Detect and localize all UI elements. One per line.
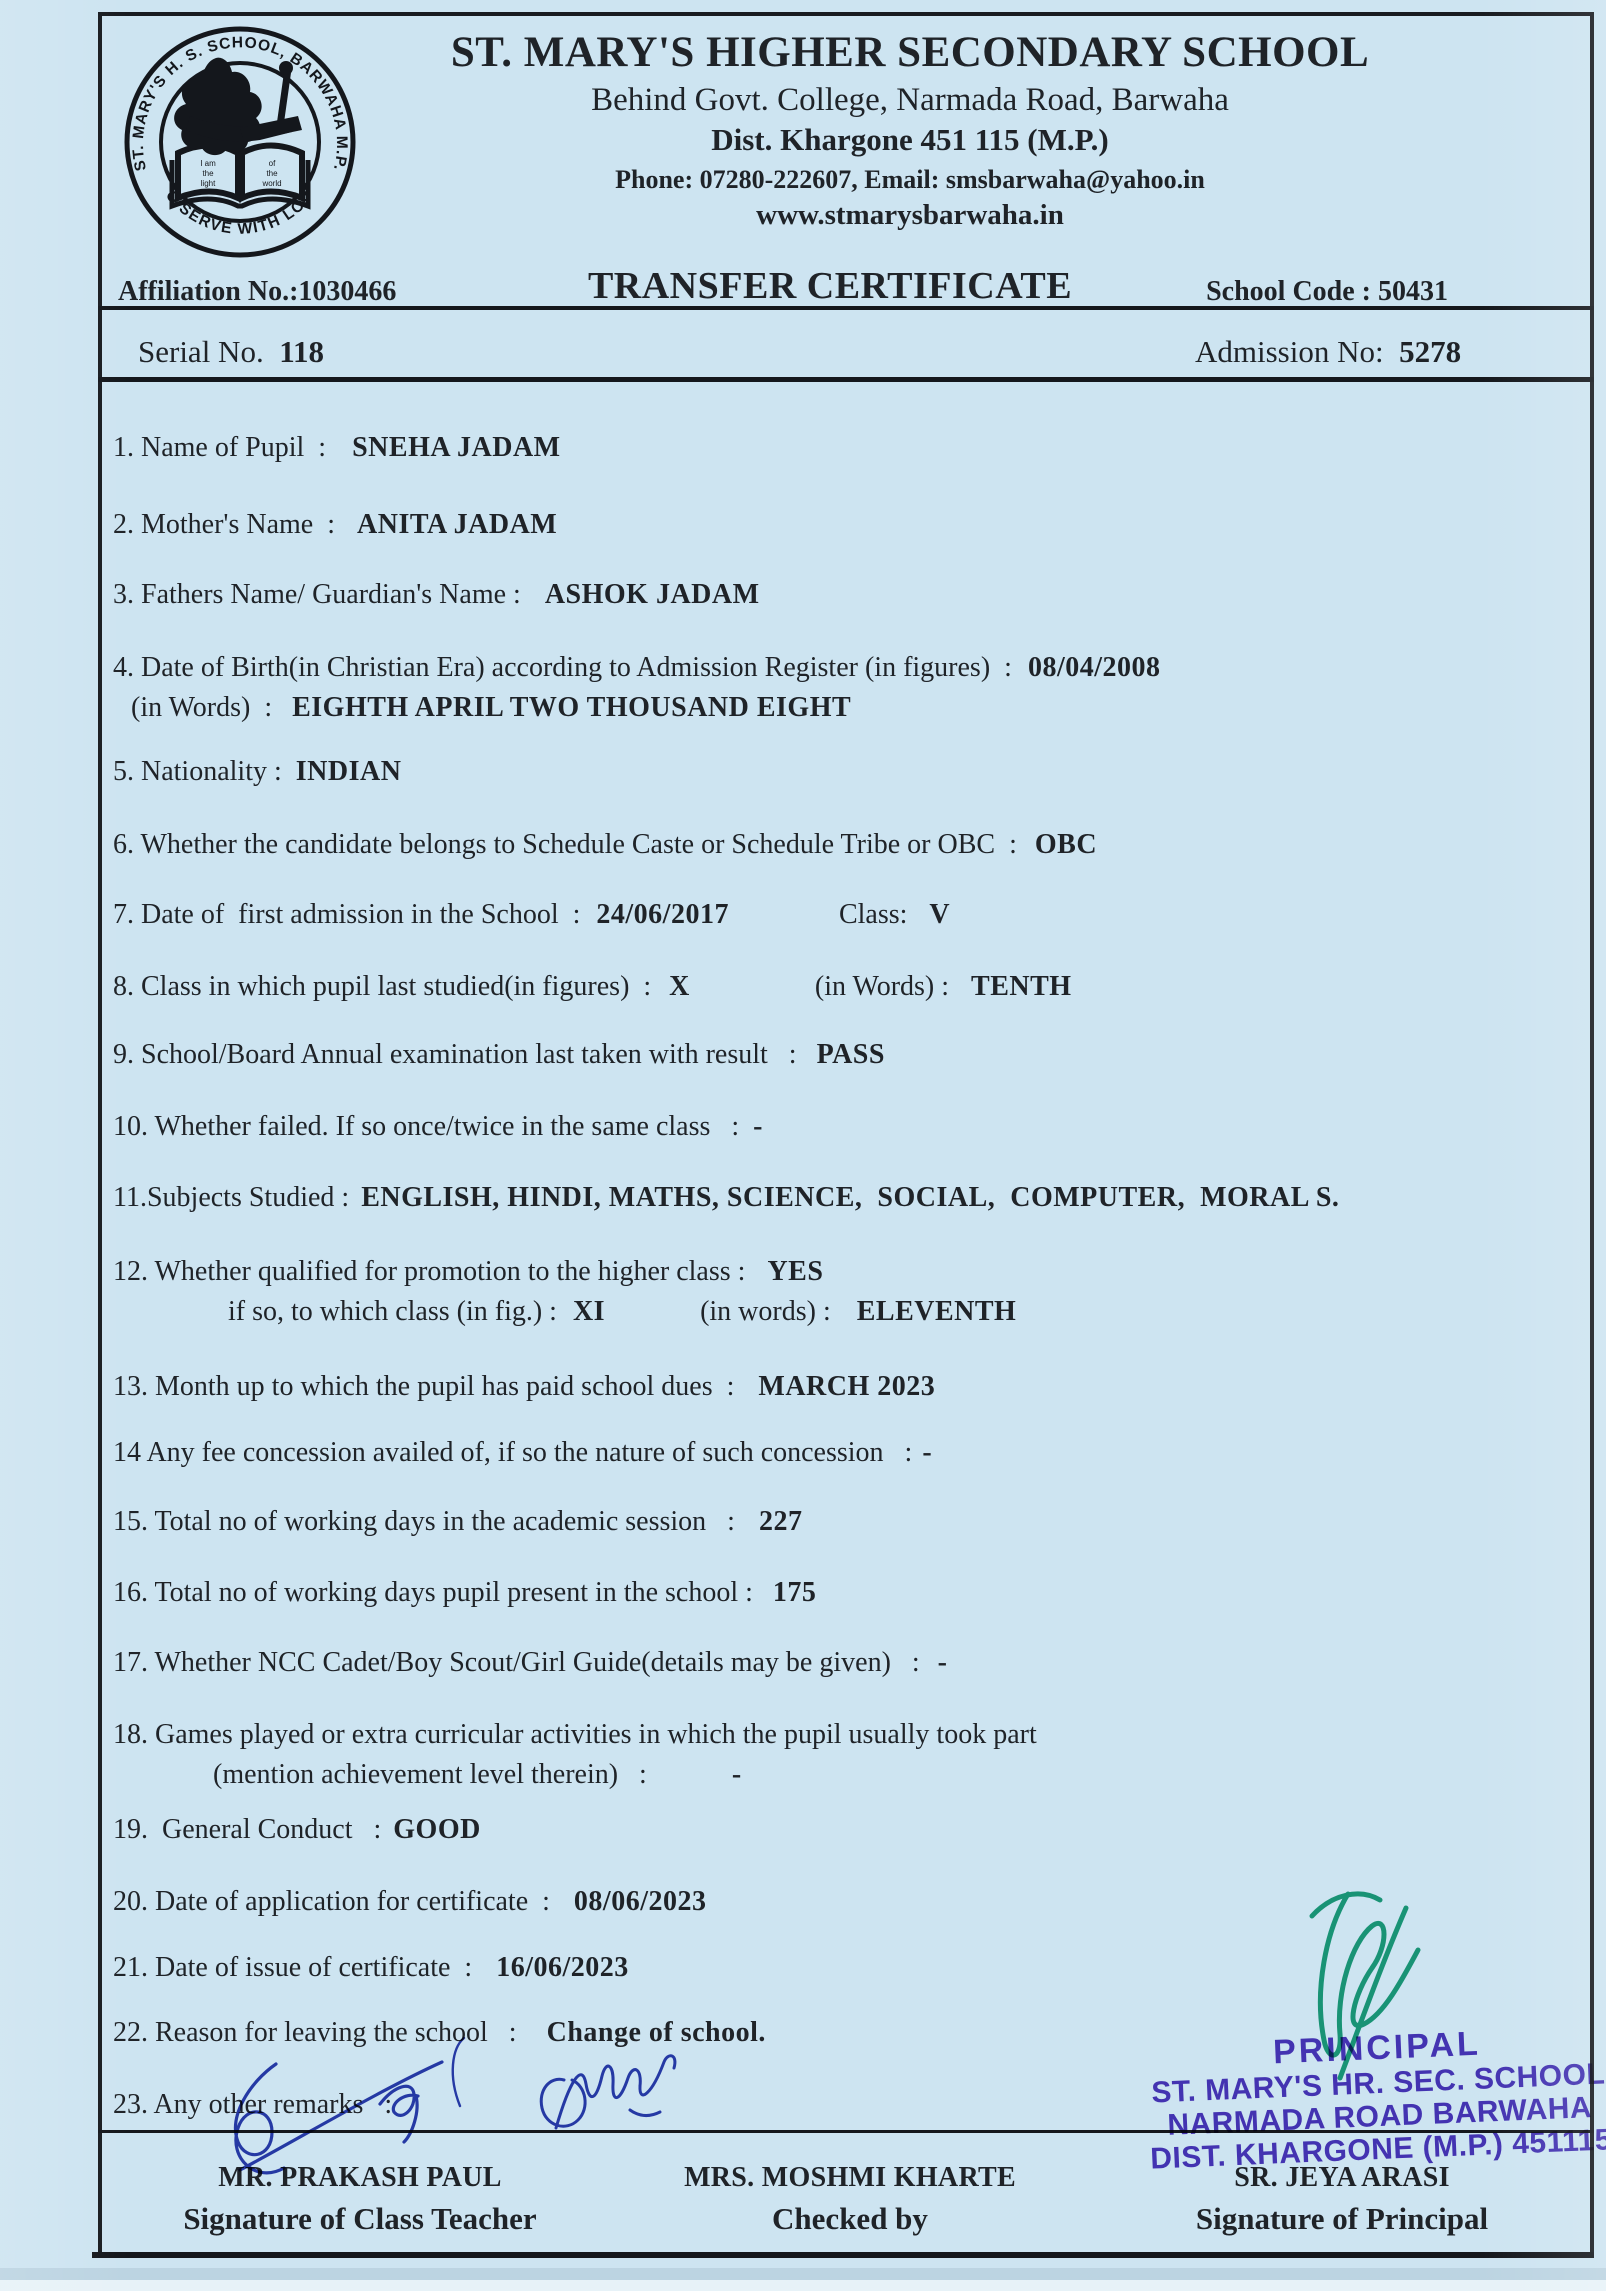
certificate-item-15: 15. Total no of working days in the acad… <box>113 1502 1582 1542</box>
item-line: 5. Nationality :INDIAN <box>113 752 1582 792</box>
item-label: 23. Any other remarks : <box>113 2089 392 2120</box>
certificate-item-19: 19. General Conduct :GOOD <box>113 1810 1582 1850</box>
item-line: (mention achievement level therein) :- <box>113 1755 1582 1795</box>
school-code: School Code : 50431 <box>1206 276 1448 308</box>
certificate-item-21: 21. Date of issue of certificate :16/06/… <box>113 1948 1582 1988</box>
certificate-item-18: 18. Games played or extra curricular act… <box>113 1715 1582 1795</box>
item-value: 24/06/2017 <box>596 899 729 930</box>
svg-text:light: light <box>201 179 216 188</box>
certificate-item-8: 8. Class in which pupil last studied(in … <box>113 967 1582 1007</box>
admission-label: Admission No: <box>1195 334 1384 369</box>
item-line: 1. Name of Pupil :SNEHA JADAM <box>113 428 1582 468</box>
item-label: (mention achievement level therein) : <box>213 1759 647 1790</box>
item-line: 22. Reason for leaving the school :Chang… <box>113 2013 1582 2053</box>
item-value: EIGHTH APRIL TWO THOUSAND EIGHT <box>292 692 851 723</box>
item-label: 22. Reason for leaving the school : <box>113 2017 517 2048</box>
item-label: (in Words) : <box>131 692 272 723</box>
admission-value: 5278 <box>1399 334 1461 369</box>
svg-text:I am: I am <box>200 159 216 168</box>
item-value: MARCH 2023 <box>758 1371 935 1402</box>
item-line: 21. Date of issue of certificate :16/06/… <box>113 1948 1582 1988</box>
transfer-certificate-scan: ST. MARY'S H. S. SCHOOL, BARWAHA M.P. TO… <box>0 0 1606 2291</box>
certificate-item-11: 11.Subjects Studied :ENGLISH, HINDI, MAT… <box>113 1178 1582 1218</box>
certificate-item-3: 3. Fathers Name/ Guardian's Name :ASHOK … <box>113 575 1582 615</box>
item-label: 19. General Conduct : <box>113 1814 381 1845</box>
item-label: (in Words) : <box>815 971 949 1002</box>
certificate-item-13: 13. Month up to which the pupil has paid… <box>113 1367 1582 1407</box>
item-line: 2. Mother's Name :ANITA JADAM <box>113 505 1582 545</box>
item-label: 16. Total no of working days pupil prese… <box>113 1577 753 1608</box>
item-label: 9. School/Board Annual examination last … <box>113 1039 797 1070</box>
school-name: ST. MARY'S HIGHER SECONDARY SCHOOL <box>330 28 1490 77</box>
item-value: - <box>753 1111 763 1142</box>
item-line: 13. Month up to which the pupil has paid… <box>113 1367 1582 1407</box>
school-address-line1: Behind Govt. College, Narmada Road, Barw… <box>330 82 1490 119</box>
item-value: OBC <box>1035 829 1097 860</box>
item-value: PASS <box>817 1039 885 1070</box>
svg-text:the: the <box>266 169 278 178</box>
letterhead: ST. MARY'S HIGHER SECONDARY SCHOOL Behin… <box>330 28 1490 232</box>
item-label: 15. Total no of working days in the acad… <box>113 1506 735 1537</box>
item-label: 3. Fathers Name/ Guardian's Name : <box>113 579 521 610</box>
item-value: INDIAN <box>296 756 402 787</box>
item-label: 4. Date of Birth(in Christian Era) accor… <box>113 652 1012 683</box>
item-value: GOOD <box>393 1814 481 1845</box>
item-value: ANITA JADAM <box>357 509 557 540</box>
certificate-item-20: 20. Date of application for certificate … <box>113 1882 1582 1922</box>
open-book-icon: I am the light of the world <box>172 146 308 207</box>
admission-number: Admission No: 5278 <box>1195 334 1461 370</box>
certificate-item-16: 16. Total no of working days pupil prese… <box>113 1573 1582 1613</box>
school-address-line2: Dist. Khargone 451 115 (M.P.) <box>330 122 1490 158</box>
item-value: 16/06/2023 <box>496 1952 629 1983</box>
class-teacher-name: MR. PRAKASH PAUL <box>120 2162 600 2194</box>
certificate-item-2: 2. Mother's Name :ANITA JADAM <box>113 505 1582 545</box>
item-value: ELEVENTH <box>857 1296 1017 1327</box>
serial-label: Serial No. <box>138 334 264 369</box>
item-value: SNEHA JADAM <box>352 432 561 463</box>
item-line: 14 Any fee concession availed of, if so … <box>113 1433 1582 1473</box>
certificate-item-7: 7. Date of first admission in the School… <box>113 895 1582 935</box>
item-line: 16. Total no of working days pupil prese… <box>113 1573 1582 1613</box>
principal-name: SR. JEYA ARASI <box>1112 2162 1572 2194</box>
item-label: (in words) : <box>700 1296 831 1327</box>
item-line: 19. General Conduct :GOOD <box>113 1810 1582 1850</box>
certificate-item-23: 23. Any other remarks : <box>113 2085 1582 2125</box>
item-label: 1. Name of Pupil : <box>113 432 326 463</box>
item-line: 12. Whether qualified for promotion to t… <box>113 1252 1582 1292</box>
item-value: TENTH <box>971 971 1072 1002</box>
seal-emblem-figure <box>174 58 302 155</box>
item-value: 227 <box>759 1506 803 1537</box>
principal-label: Signature of Principal <box>1112 2201 1572 2237</box>
item-line: 20. Date of application for certificate … <box>113 1882 1582 1922</box>
certificate-item-1: 1. Name of Pupil :SNEHA JADAM <box>113 428 1582 468</box>
certificate-item-14: 14 Any fee concession availed of, if so … <box>113 1433 1582 1473</box>
item-line: 10. Whether failed. If so once/twice in … <box>113 1107 1582 1147</box>
svg-text:of: of <box>269 159 276 168</box>
item-line: if so, to which class (in fig.) :XI(in w… <box>113 1292 1582 1332</box>
item-value: 08/06/2023 <box>574 1886 707 1917</box>
item-label: 6. Whether the candidate belongs to Sche… <box>113 829 1017 860</box>
item-value: Change of school. <box>547 2017 766 2048</box>
certificate-item-9: 9. School/Board Annual examination last … <box>113 1035 1582 1075</box>
checked-by-label: Checked by <box>625 2201 1075 2237</box>
item-label: 14 Any fee concession availed of, if so … <box>113 1437 912 1468</box>
school-website: www.stmarysbarwaha.in <box>330 199 1490 232</box>
certificate-item-17: 17. Whether NCC Cadet/Boy Scout/Girl Gui… <box>113 1643 1582 1683</box>
item-label: 20. Date of application for certificate … <box>113 1886 550 1917</box>
item-label: Class: <box>839 899 907 930</box>
checked-by-block: MRS. MOSHMI KHARTE Checked by <box>625 2162 1075 2237</box>
svg-text:world: world <box>261 179 281 188</box>
item-value: X <box>669 971 690 1002</box>
item-line: 4. Date of Birth(in Christian Era) accor… <box>113 648 1582 688</box>
class-teacher-signature-block: MR. PRAKASH PAUL Signature of Class Teac… <box>120 2162 600 2237</box>
item-value: YES <box>767 1256 823 1287</box>
item-label: if so, to which class (in fig.) : <box>228 1296 557 1327</box>
item-label: 13. Month up to which the pupil has paid… <box>113 1371 734 1402</box>
serial-value: 118 <box>279 334 324 369</box>
item-value: V <box>929 899 950 930</box>
scan-edge-band <box>0 2268 1606 2280</box>
item-value: ENGLISH, HINDI, MATHS, SCIENCE, SOCIAL, … <box>361 1182 1339 1213</box>
item-value: 175 <box>773 1577 817 1608</box>
certificate-item-6: 6. Whether the candidate belongs to Sche… <box>113 825 1582 865</box>
item-value: ASHOK JADAM <box>545 579 760 610</box>
item-line: 11.Subjects Studied :ENGLISH, HINDI, MAT… <box>113 1178 1582 1218</box>
item-line: 15. Total no of working days in the acad… <box>113 1502 1582 1542</box>
item-label: 5. Nationality : <box>113 756 282 787</box>
item-value: - <box>938 1647 948 1678</box>
item-line: 23. Any other remarks : <box>113 2085 1582 2125</box>
certificate-item-12: 12. Whether qualified for promotion to t… <box>113 1252 1582 1332</box>
scan-edge-band-light <box>0 2280 1606 2291</box>
item-value: - <box>922 1437 932 1468</box>
item-line: 8. Class in which pupil last studied(in … <box>113 967 1582 1007</box>
item-value: XI <box>573 1296 605 1327</box>
item-label: 2. Mother's Name : <box>113 509 335 540</box>
serial-number: Serial No. 118 <box>138 334 324 370</box>
item-value: 08/04/2008 <box>1028 652 1161 683</box>
svg-text:the: the <box>202 169 214 178</box>
item-line: 9. School/Board Annual examination last … <box>113 1035 1582 1075</box>
item-label: 17. Whether NCC Cadet/Boy Scout/Girl Gui… <box>113 1647 920 1678</box>
item-value: - <box>732 1759 742 1790</box>
item-line: 18. Games played or extra curricular act… <box>113 1715 1582 1755</box>
item-line: 17. Whether NCC Cadet/Boy Scout/Girl Gui… <box>113 1643 1582 1683</box>
certificate-item-10: 10. Whether failed. If so once/twice in … <box>113 1107 1582 1147</box>
principal-signature-block: SR. JEYA ARASI Signature of Principal <box>1112 2162 1572 2237</box>
class-teacher-label: Signature of Class Teacher <box>120 2201 600 2237</box>
item-label: 12. Whether qualified for promotion to t… <box>113 1256 745 1287</box>
item-label: 18. Games played or extra curricular act… <box>113 1719 1037 1750</box>
item-label: 7. Date of first admission in the School… <box>113 899 580 930</box>
bottom-border-rule <box>92 2252 1594 2258</box>
item-line: 7. Date of first admission in the School… <box>113 895 1582 935</box>
certificate-item-22: 22. Reason for leaving the school :Chang… <box>113 2013 1582 2053</box>
item-line: 3. Fathers Name/ Guardian's Name :ASHOK … <box>113 575 1582 615</box>
item-label: 8. Class in which pupil last studied(in … <box>113 971 651 1002</box>
rule-under-serial-row <box>98 377 1594 382</box>
checked-by-name: MRS. MOSHMI KHARTE <box>625 2162 1075 2194</box>
school-contact: Phone: 07280-222607, Email: smsbarwaha@y… <box>330 165 1490 195</box>
item-line: 6. Whether the candidate belongs to Sche… <box>113 825 1582 865</box>
certificate-item-4: 4. Date of Birth(in Christian Era) accor… <box>113 648 1582 728</box>
rule-under-header <box>98 306 1594 310</box>
item-label: 11.Subjects Studied : <box>113 1182 349 1213</box>
item-label: 21. Date of issue of certificate : <box>113 1952 472 1983</box>
certificate-item-5: 5. Nationality :INDIAN <box>113 752 1582 792</box>
item-line: (in Words) :EIGHTH APRIL TWO THOUSAND EI… <box>113 688 1582 728</box>
rule-above-signatures <box>98 2130 1594 2133</box>
school-seal-logo: ST. MARY'S H. S. SCHOOL, BARWAHA M.P. TO… <box>120 20 360 260</box>
item-label: 10. Whether failed. If so once/twice in … <box>113 1111 739 1142</box>
